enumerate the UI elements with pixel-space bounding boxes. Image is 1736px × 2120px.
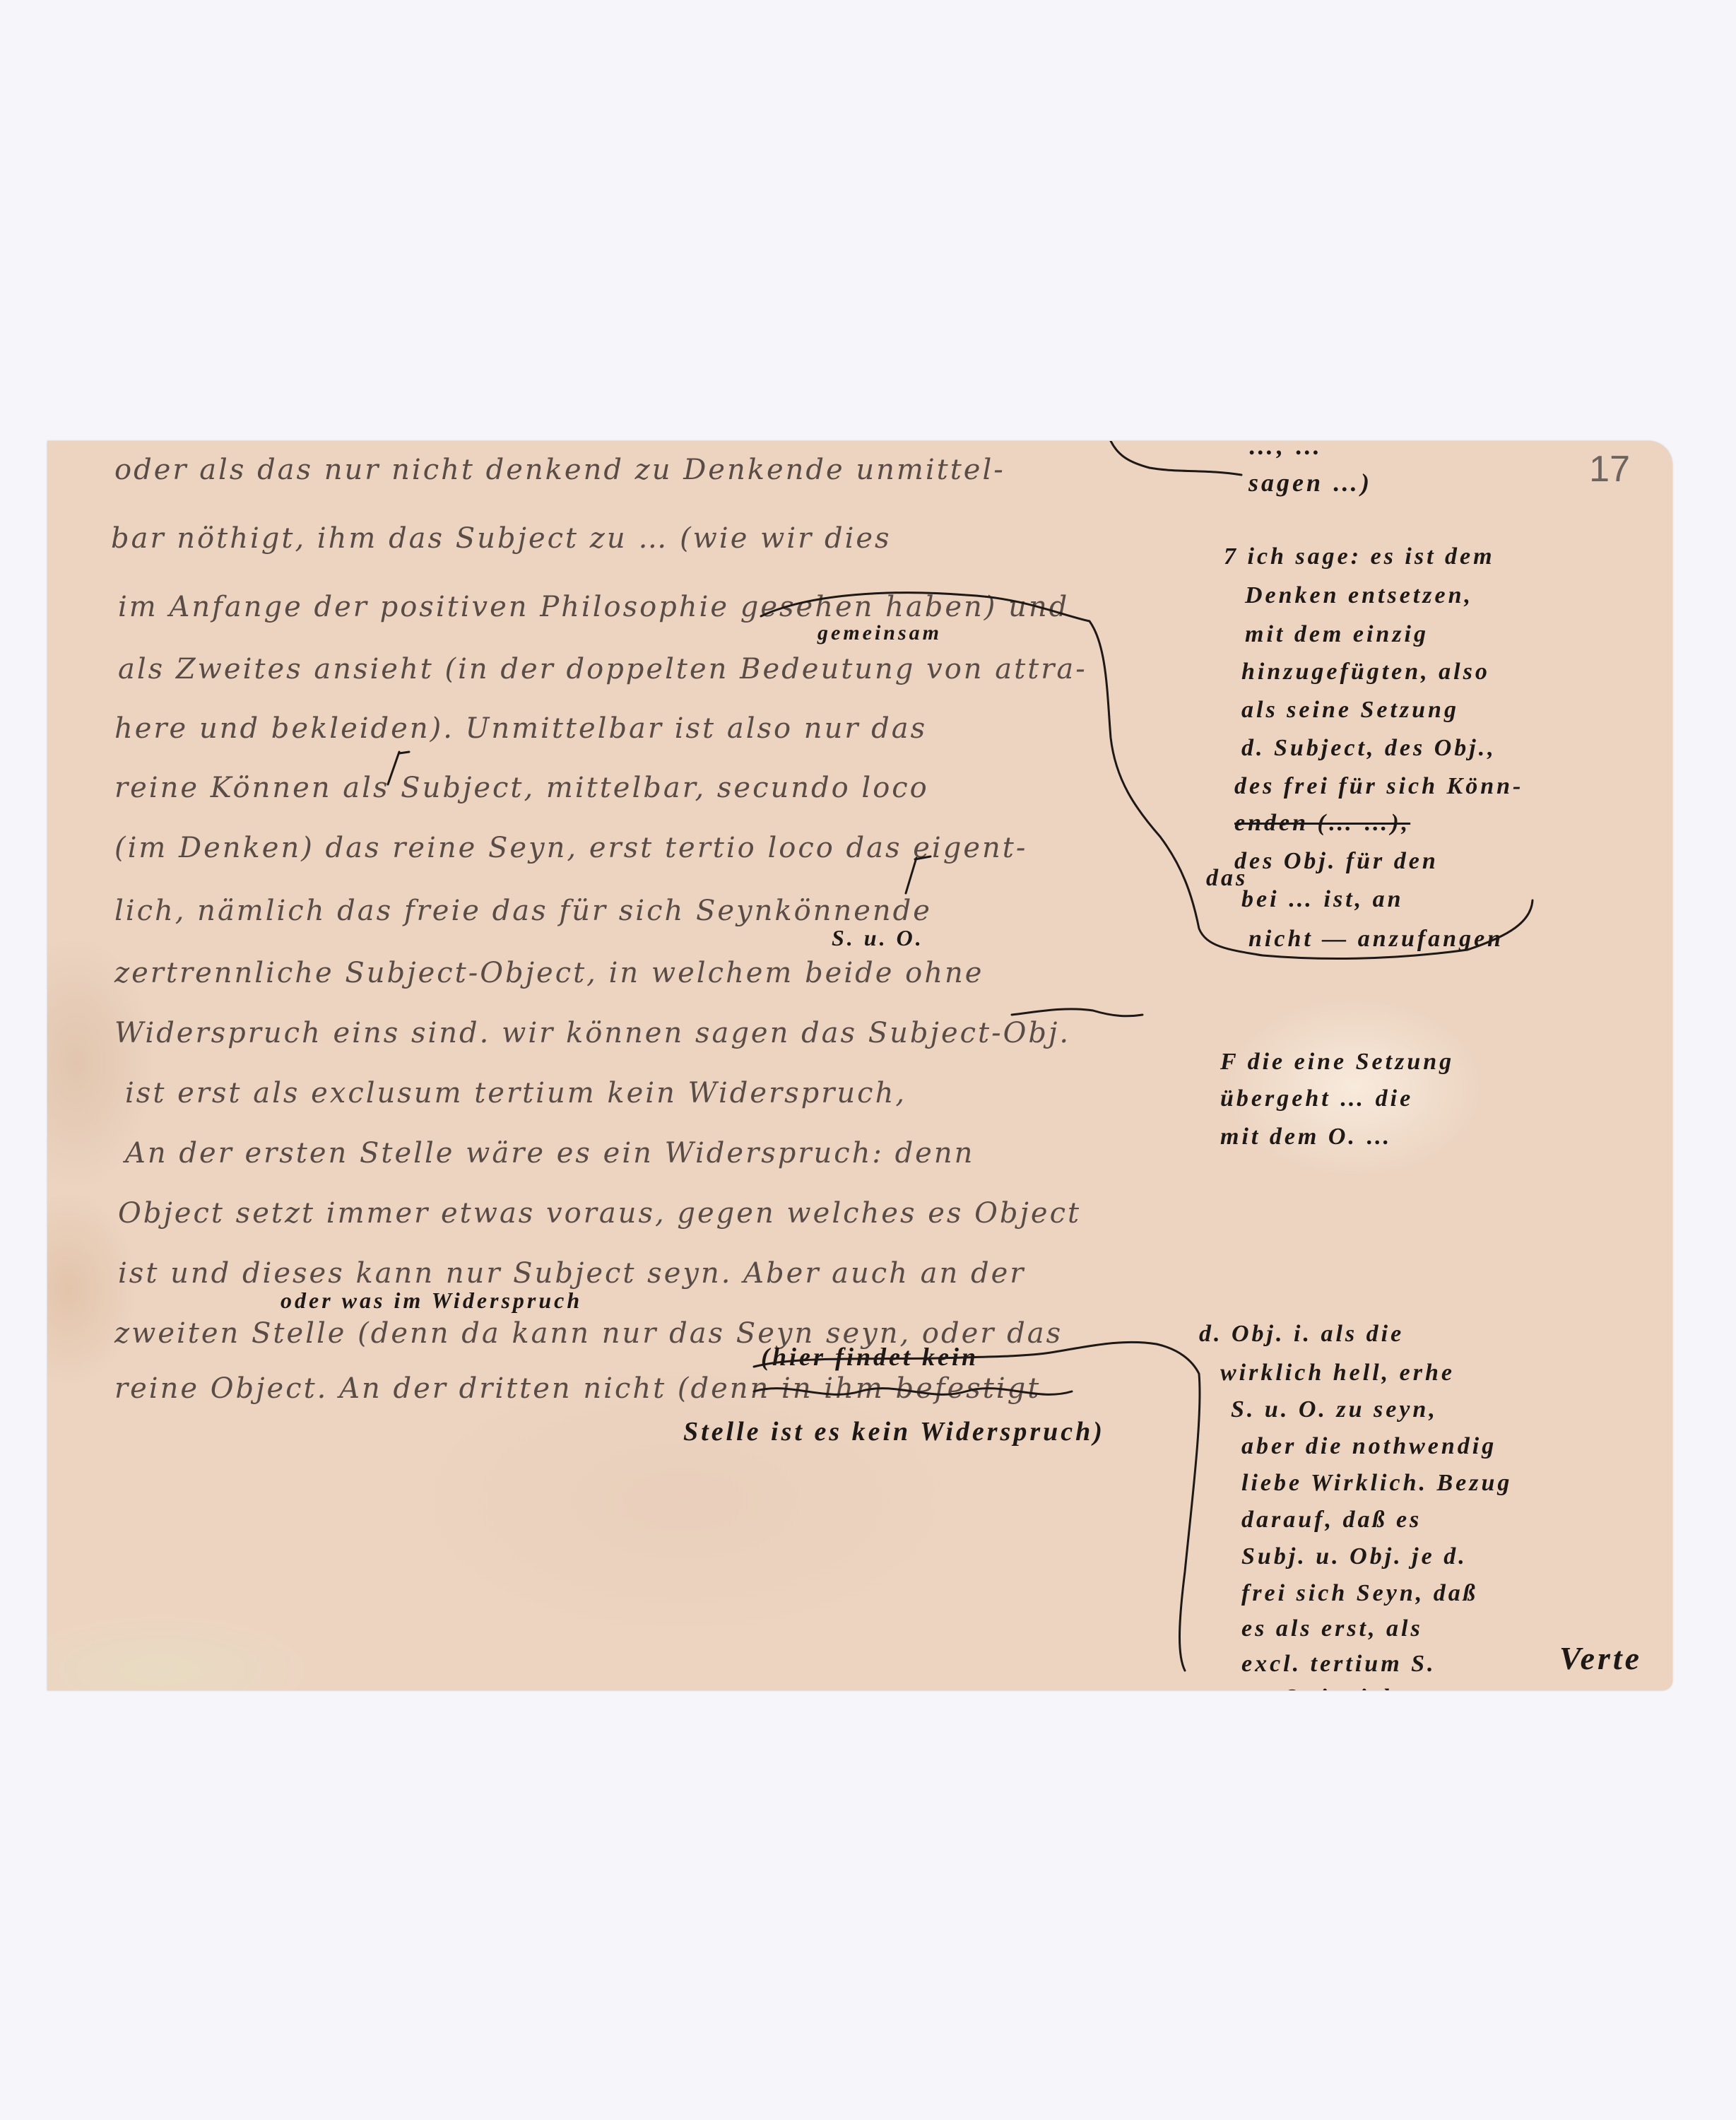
margin-note-line: u. O. i. sich — … — [1248, 1685, 1470, 1690]
main-text-line: zertrennliche Subject-Object, in welchem… — [114, 957, 984, 989]
main-text-line: oder als das nur nicht denkend zu Denken… — [114, 454, 1005, 486]
main-text-line: bar nöthigt, ihm das Subject zu … (wie w… — [111, 522, 892, 555]
margin-note-line: d. Obj. i. als die — [1199, 1321, 1404, 1348]
main-text-line: Widerspruch eins sind. wir können sagen … — [114, 1017, 1070, 1049]
margin-note-line: frei sich Seyn, daß — [1241, 1580, 1478, 1607]
page-number: 17 — [1589, 448, 1630, 490]
interlinear-insertion: Stelle ist es kein Widerspruch) — [683, 1416, 1105, 1447]
interlinear-insertion: S. u. O. — [832, 925, 924, 951]
margin-note-line: mit dem einzig — [1245, 621, 1429, 648]
margin-note-line: des Obj. für den — [1234, 848, 1439, 875]
main-text-line: An der ersten Stelle wäre es ein Widersp… — [125, 1137, 974, 1170]
margin-note-line: S. u. O. zu seyn, — [1231, 1396, 1438, 1423]
margin-note-line: übergeht … die — [1220, 1085, 1413, 1112]
margin-note-line: Subj. u. Obj. je d. — [1241, 1543, 1468, 1570]
margin-note-line: …, … — [1248, 441, 1323, 461]
margin-note-line: mit dem O. … — [1220, 1124, 1393, 1150]
main-text-line: ist erst als exclusum tertium kein Wider… — [125, 1077, 907, 1109]
margin-note-line: F die eine Setzung — [1220, 1049, 1454, 1076]
manuscript-page: 17 oder als das nur nicht denkend zu Den… — [47, 441, 1672, 1690]
main-text-line: ist und dieses kann nur Subject seyn. Ab… — [118, 1257, 1025, 1290]
margin-note-line: enden (… …), — [1234, 810, 1410, 837]
margin-note-line: als seine Setzung — [1241, 697, 1459, 724]
margin-note-line: wirklich hell, erhe — [1220, 1360, 1455, 1386]
margin-note-line: aber die nothwendig — [1241, 1433, 1496, 1460]
verte-mark: Verte — [1559, 1639, 1642, 1677]
margin-note-line: darauf, daß es — [1241, 1507, 1422, 1533]
main-text-line: here und bekleiden). Unmittelbar ist als… — [114, 712, 927, 745]
margin-note-line: des frei für sich Könn- — [1234, 773, 1523, 800]
main-text-line: Object setzt immer etwas voraus, gegen w… — [118, 1197, 1081, 1230]
main-text-line: (im Denken) das reine Seyn, erst tertio … — [114, 832, 1027, 864]
main-text-line: als Zweites ansieht (in der doppelten Be… — [118, 653, 1087, 685]
interlinear-insertion: (hier findet kein — [761, 1342, 979, 1372]
margin-note-line: es als erst, als — [1241, 1615, 1423, 1642]
main-text-line: lich, nämlich das freie das für sich Sey… — [114, 895, 932, 927]
margin-note-line: sagen …) — [1248, 468, 1372, 497]
interlinear-insertion: gemeinsam — [817, 621, 942, 645]
margin-note-line: hinzugefügten, also — [1241, 659, 1490, 685]
main-text-line: reine Object. An der dritten nicht (denn… — [114, 1372, 1041, 1405]
margin-note-line: liebe Wirklich. Bezug — [1241, 1470, 1512, 1497]
margin-note-line: nicht — anzufangen — [1248, 926, 1504, 953]
margin-note-line: Denken entsetzen, — [1245, 582, 1473, 609]
margin-note-line: d. Subject, des Obj., — [1241, 735, 1496, 762]
margin-note-line: excl. tertium S. — [1241, 1651, 1436, 1678]
margin-note-line: 7 ich sage: es ist dem — [1224, 543, 1495, 570]
main-text-line: im Anfange der positiven Philosophie ges… — [118, 591, 1069, 623]
interlinear-insertion: oder was im Widerspruch — [281, 1288, 582, 1314]
margin-note-line: bei … ist, an — [1241, 886, 1404, 913]
main-text-line: reine Können als Subject, mittelbar, sec… — [114, 772, 929, 804]
